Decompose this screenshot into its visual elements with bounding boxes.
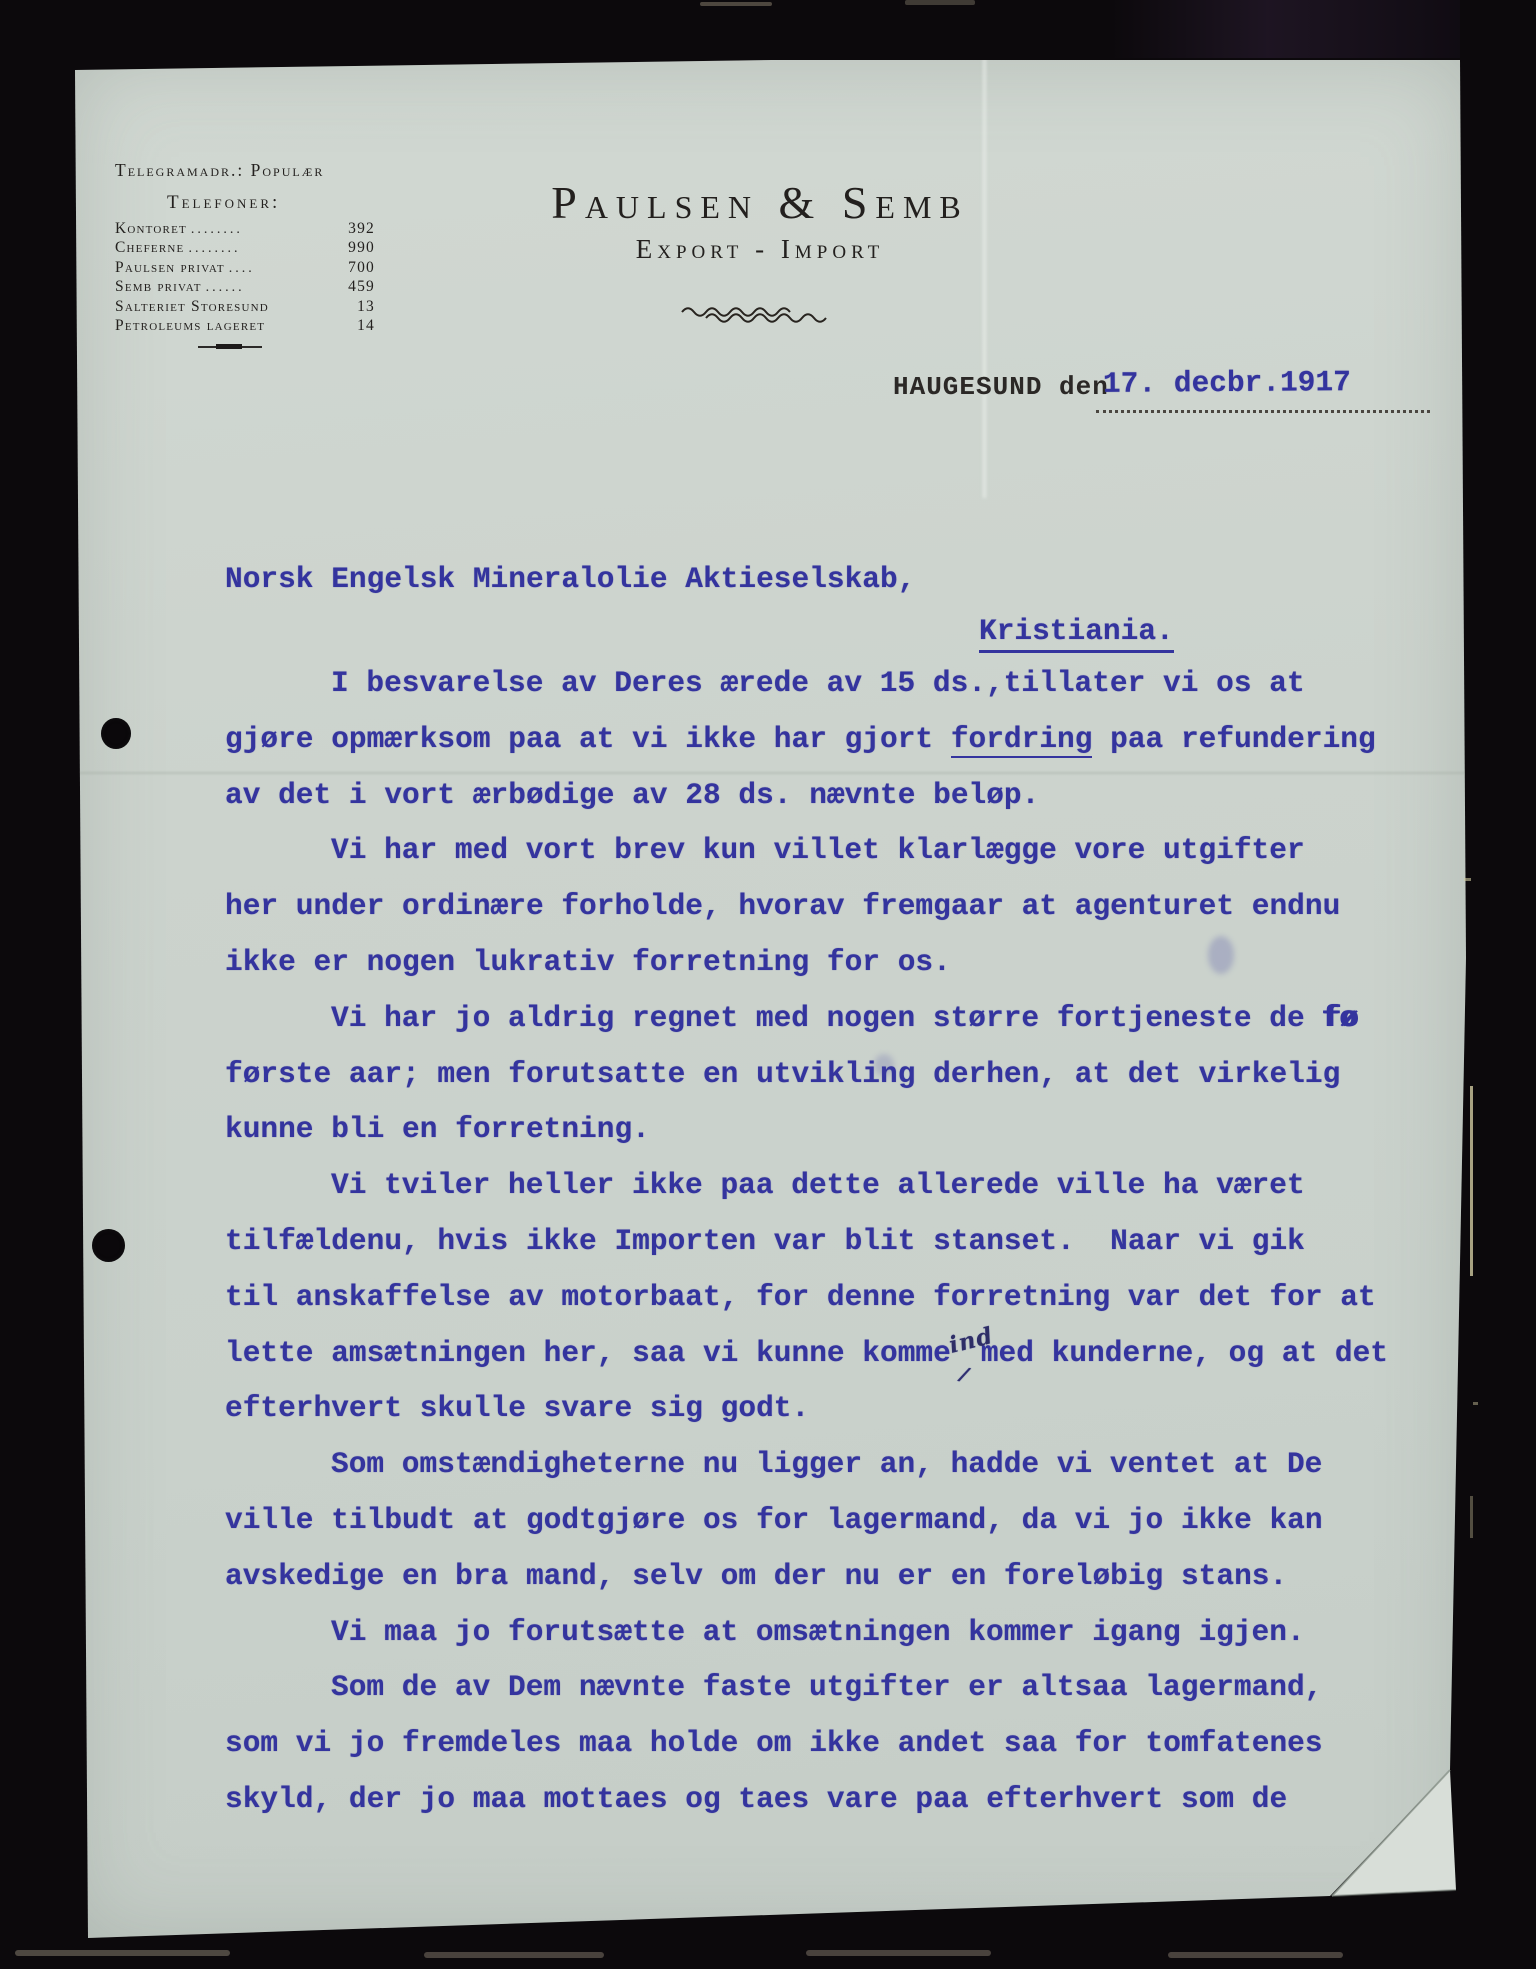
flourish-underline bbox=[678, 304, 848, 326]
binder-page-edge bbox=[1473, 1402, 1478, 1405]
punch-hole bbox=[101, 718, 131, 749]
letterhead-company-block: Paulsen & Semb Export - Import bbox=[520, 176, 1000, 265]
spine-mark bbox=[905, 0, 975, 5]
body-line: til anskaffelse av motorbaat, for denne … bbox=[225, 1270, 1468, 1326]
phone-entry: Semb privat ...... 459 bbox=[115, 278, 375, 297]
body-line: Vi maa jo forutsætte at omsætningen komm… bbox=[225, 1605, 1468, 1661]
phone-number: 459 bbox=[348, 278, 375, 296]
body-line: ikke er nogen lukrativ forretning for os… bbox=[225, 935, 1468, 991]
body-line: efterhvert skulle svare sig godt. bbox=[225, 1381, 1468, 1437]
scanned-letter-background: Telegramadr.: Populær Telefoner: Kontore… bbox=[0, 0, 1536, 1969]
spine-mark bbox=[700, 2, 772, 6]
phone-number: 700 bbox=[348, 259, 375, 277]
body-line: Vi har med vort brev kun villet klarlægg… bbox=[225, 823, 1468, 879]
company-tagline: Export - Import bbox=[520, 234, 1000, 265]
recipient-city: Kristiania. bbox=[979, 614, 1174, 653]
handwritten-insertion: /ind bbox=[951, 1360, 981, 1361]
phone-entry: Kontoret ........ 392 bbox=[115, 220, 375, 239]
phone-label: Paulsen privat bbox=[115, 259, 225, 277]
body-line: kunne bli en forretning. bbox=[225, 1102, 1468, 1158]
recipient-name: Norsk Engelsk Mineralolie Aktieselskab, bbox=[225, 562, 915, 596]
body-line: Som omstændigheterne nu ligger an, hadde… bbox=[225, 1437, 1468, 1493]
body-line: av det i vort ærbødige av 28 ds. nævnte … bbox=[225, 768, 1468, 824]
phone-label: Semb privat bbox=[115, 278, 202, 296]
spine-mark bbox=[806, 1950, 991, 1956]
ink-smudge bbox=[874, 1054, 894, 1076]
body-line: avskedige en bra mand, selv om der nu er… bbox=[225, 1549, 1468, 1605]
spine-mark bbox=[1168, 1952, 1343, 1958]
letter-page: Telegramadr.: Populær Telefoner: Kontore… bbox=[72, 58, 1468, 1940]
underlined-word: fordring bbox=[951, 722, 1093, 758]
divider-dash bbox=[198, 344, 262, 350]
letter-body: I besvarelse av Deres ærede av 15 ds.,ti… bbox=[225, 656, 1468, 1828]
spine-mark bbox=[424, 1952, 604, 1958]
binder-page-edge bbox=[1470, 1086, 1473, 1276]
ink-smudge bbox=[1208, 936, 1234, 974]
dateline-place: HAUGESUND den bbox=[893, 372, 1109, 402]
binder-page-edge bbox=[1470, 1496, 1473, 1538]
scan-light-streak bbox=[1110, 0, 1460, 58]
phone-entry: Salteriet Storesund 13 bbox=[115, 298, 375, 317]
phone-label: Cheferne bbox=[115, 239, 184, 257]
dot-leader: ...... bbox=[206, 280, 345, 296]
phone-number: 13 bbox=[357, 298, 375, 316]
body-line: I besvarelse av Deres ærede av 15 ds.,ti… bbox=[225, 656, 1468, 712]
body-line: som vi jo fremdeles maa holde om ikke an… bbox=[225, 1716, 1468, 1772]
body-line: skyld, der jo maa mottaes og taes vare p… bbox=[225, 1772, 1468, 1828]
phone-label: Petroleums lageret bbox=[115, 317, 265, 335]
body-line: her under ordinære forholde, hvorav frem… bbox=[225, 879, 1468, 935]
paper-crease-vertical bbox=[983, 58, 986, 498]
body-line: Vi har jo aldrig regnet med nogen større… bbox=[225, 991, 1468, 1047]
body-line: Som de av Dem nævnte faste utgifter er a… bbox=[225, 1660, 1468, 1716]
punch-hole bbox=[92, 1229, 125, 1262]
telegram-address-line: Telegramadr.: Populær bbox=[115, 160, 375, 181]
body-line: ville tilbudt at godtgjøre os for lagerm… bbox=[225, 1493, 1468, 1549]
phone-label: Salteriet Storesund bbox=[115, 298, 269, 316]
phone-number: 392 bbox=[348, 220, 375, 238]
body-line: første aar; men forutsatte en utvikling … bbox=[225, 1047, 1468, 1103]
body-line: gjøre opmærksom paa at vi ikke har gjort… bbox=[225, 712, 1468, 768]
body-line: lette amsætningen her, saa vi kunne komm… bbox=[225, 1326, 1468, 1382]
phone-number: 14 bbox=[357, 317, 375, 335]
company-name: Paulsen & Semb bbox=[520, 176, 1000, 229]
phone-entry: Petroleums lageret 14 bbox=[115, 317, 375, 336]
body-line: tilfældenu, hvis ikke Importen var blit … bbox=[225, 1214, 1468, 1270]
letterhead-contact-block: Telegramadr.: Populær Telefoner: Kontore… bbox=[115, 160, 375, 336]
phone-entry: Paulsen privat .... 700 bbox=[115, 259, 375, 278]
dateline-date: 17. decbr.1917 bbox=[1103, 365, 1351, 401]
phone-label: Kontoret bbox=[115, 220, 187, 238]
dot-leader: ........ bbox=[191, 222, 344, 238]
dot-leader: ........ bbox=[188, 241, 344, 257]
phone-number: 990 bbox=[348, 239, 375, 257]
spine-mark bbox=[15, 1950, 230, 1956]
overstruck-word: fø bbox=[1322, 1001, 1357, 1035]
dot-leader: .... bbox=[229, 261, 344, 277]
body-line: Vi tviler heller ikke paa dette allerede… bbox=[225, 1158, 1468, 1214]
phone-entry: Cheferne ........ 990 bbox=[115, 239, 375, 258]
telephones-heading: Telefoner: bbox=[167, 192, 375, 214]
